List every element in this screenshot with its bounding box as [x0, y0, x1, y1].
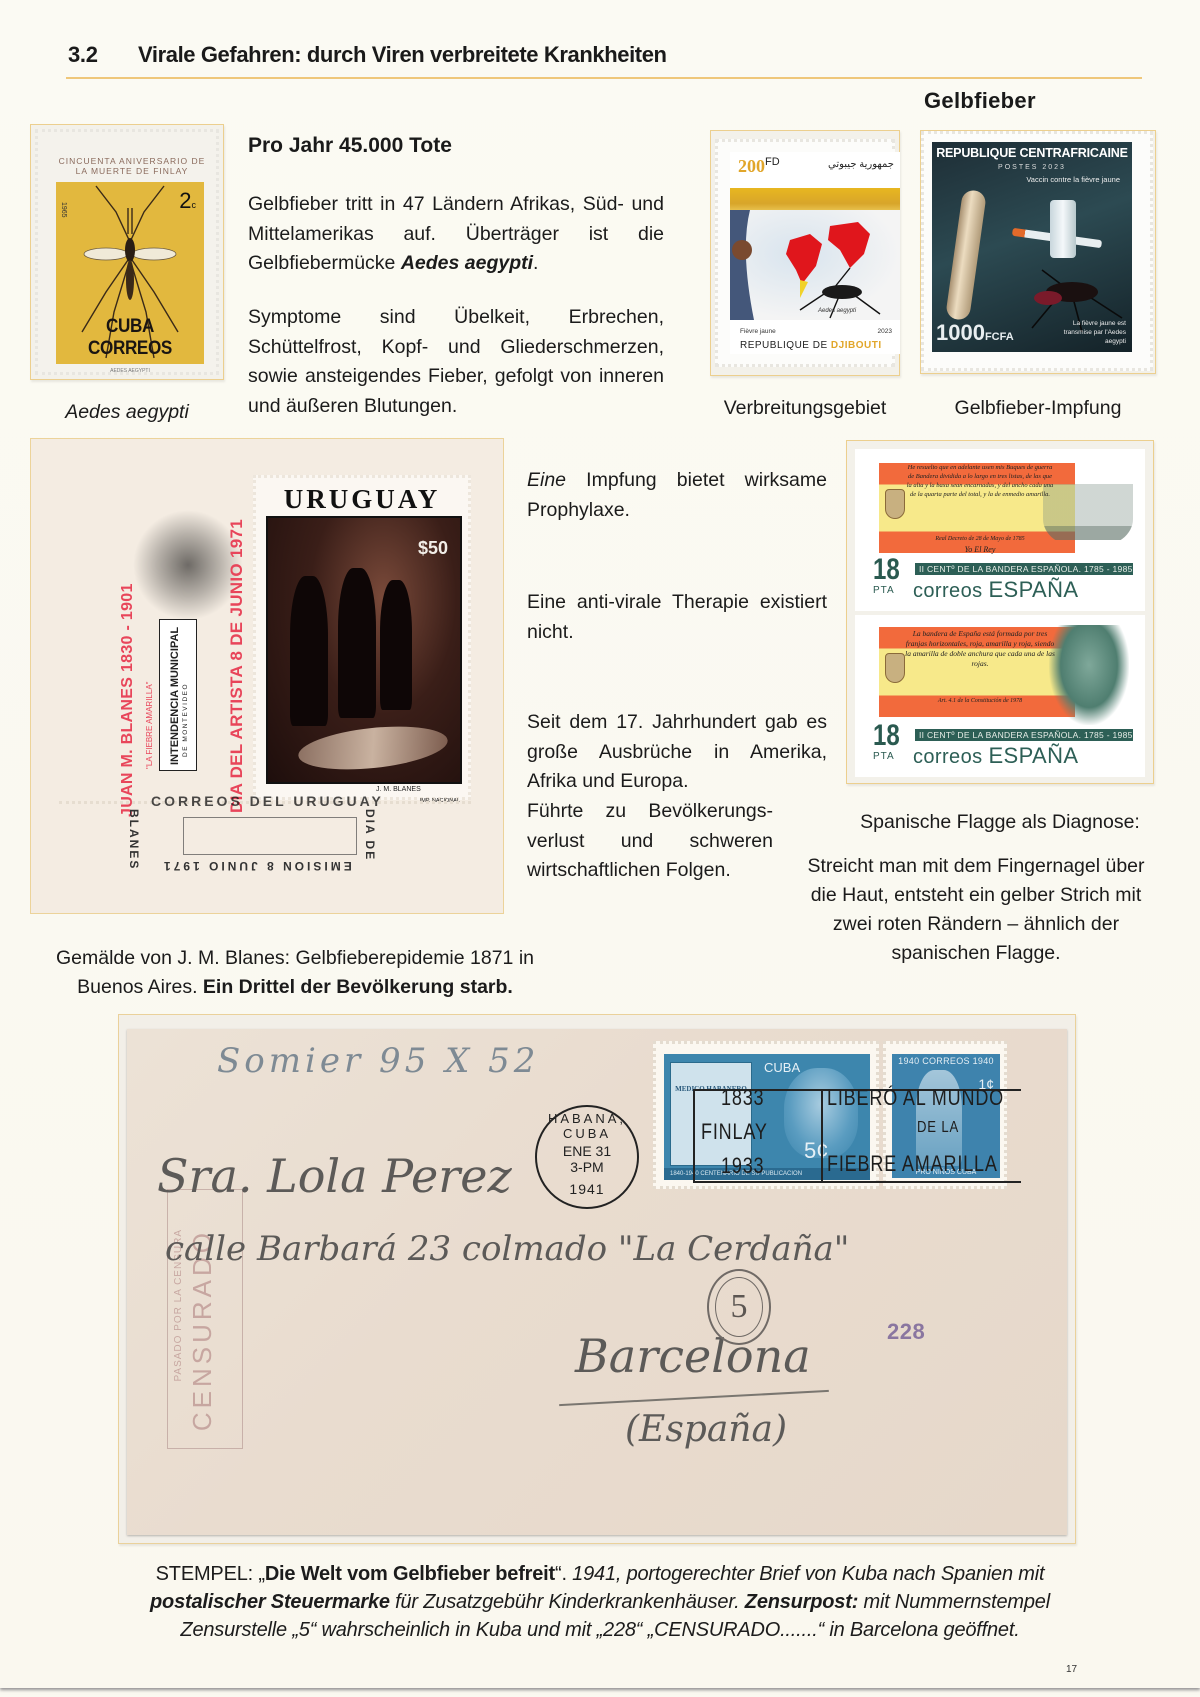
djibouti-stamp-image: 200FD جمهورية جيبوتي Aedes aegypti F — [730, 152, 900, 354]
slogan-de-la: DE LA — [917, 1119, 959, 1137]
postmark-side-right: DIA DE — [363, 809, 377, 871]
spain-top-correos: correos ESPAÑA — [913, 577, 1079, 603]
spain-bottom-article: Art. 4.1 de la Constitución de 1978 — [905, 697, 1055, 706]
uruguay-tab-intendencia: INTENDENCIA MUNICIPAL — [169, 625, 181, 765]
uruguay-tab-artist: JUAN M. BLANES 1830 - 1901 — [119, 557, 137, 817]
painting-figure — [296, 720, 449, 775]
history-text-1: Seit dem 17. Jahrhundert gab es große Au… — [527, 708, 827, 797]
exhibit-page: 3.2 Virale Gefahren: durch Viren verbrei… — [0, 0, 1200, 1688]
uruguay-tab-montevideo: DE MONTEVIDEO — [182, 637, 189, 757]
spain-caption-title: Spanische Flagge als Diagnose: — [800, 808, 1200, 837]
uruguay-stamp-value: $50 — [418, 538, 448, 559]
car-stamp[interactable]: REPUBLIQUE CENTRAFRICAINE POSTES 2023 Va… — [921, 131, 1153, 371]
censor-ring-stamp: 5 — [707, 1269, 771, 1345]
tax-stamp-top: 1940 CORREOS 1940 — [892, 1056, 1000, 1066]
spain-top-decree-text: He resuelto que en adelante usen mis Buq… — [905, 463, 1055, 499]
uruguay-caption: Gemälde von J. M. Blanes: Gelbfieberepid… — [30, 944, 560, 1002]
djibouti-stamp-mount: 200FD جمهورية جيبوتي Aedes aegypti F — [710, 130, 900, 376]
spain-bottom-correos: correos ESPAÑA — [913, 743, 1079, 769]
topic-title: Gelbfieber — [924, 88, 1036, 114]
header-rule — [66, 77, 1142, 79]
blanes-painting: $50 — [266, 516, 462, 784]
address-addressee: Sra. Lola Perez — [157, 1149, 512, 1203]
spain-top-signature: Yo El Rey — [905, 545, 1055, 554]
car-stamp-mount: REPUBLIQUE CENTRAFRICAINE POSTES 2023 Va… — [920, 130, 1156, 374]
djibouti-stamp-subject: Fièvre jaune — [740, 328, 776, 335]
cuba-stamp-top-text: CINCUENTA ANIVERSARIO DE LA MUERTE DE FI… — [52, 156, 212, 176]
spain-bottom-value: 18 — [873, 719, 900, 753]
history-text-2: Führte zu Bevölkerungs-verlust und schwe… — [527, 797, 773, 886]
spain-bottom-unit: PTA — [873, 751, 895, 762]
coat-of-arms-icon — [885, 489, 905, 519]
car-stamp-value: 1000FCFA — [936, 320, 1014, 346]
address-city: Barcelona — [575, 1329, 811, 1383]
habana-postmark: HABANA, CUBA ENE 313-PM 1941 — [535, 1105, 639, 1209]
spain-top-value: 18 — [873, 553, 900, 587]
section-title: Virale Gefahren: durch Viren verbreitete… — [138, 42, 667, 68]
djibouti-stamp[interactable]: 200FD جمهورية جيبوتي Aedes aegypti F — [715, 139, 895, 367]
intro-paragraph-2: Symptome sind Übelkeit, Erbrechen, Schüt… — [248, 303, 664, 421]
spain-stamp-top[interactable]: He resuelto que en adelante usen mis Buq… — [855, 449, 1145, 611]
envelope-mount: CENSURADO PASADO POR LA CENSURA Somier 9… — [118, 1014, 1076, 1544]
uruguay-souvenir-sheet[interactable]: JUAN M. BLANES 1830 - 1901 "LA FIEBRE AM… — [30, 438, 504, 914]
address-country: (España) — [625, 1409, 787, 1450]
intro-paragraph-1: Gelbfieber tritt in 47 Ländern Afrikas, … — [248, 190, 664, 279]
finlay-stamp-country: CUBA — [764, 1060, 776, 1076]
censor-number-stamp: 228 — [887, 1319, 925, 1345]
slogan-year-2: 1933 — [721, 1153, 764, 1179]
spain-stamps-mount: He resuelto que en adelante usen mis Buq… — [846, 440, 1154, 784]
species-name: Aedes aegypti — [401, 252, 533, 274]
cuba-stamp-subtext: AEDES AEGYPTI — [38, 368, 222, 374]
censored-cover-1941[interactable]: CENSURADO PASADO POR LA CENSURA Somier 9… — [127, 1029, 1067, 1535]
world-map-icon — [730, 210, 900, 320]
ship-icon — [1043, 477, 1133, 547]
spain-top-band: II CENTº DE LA BANDERA ESPAÑOLA. 1785 - … — [915, 563, 1133, 575]
spain-top-unit: PTA — [873, 585, 895, 596]
spain-bottom-constitution-text: La bandera de España está formada por tr… — [905, 629, 1055, 669]
spain-stamp-bottom[interactable]: La bandera de España está formada por tr… — [855, 615, 1145, 777]
postmark-building — [183, 817, 357, 855]
address-underline — [559, 1390, 829, 1406]
slogan-finlay: FINLAY — [701, 1119, 768, 1145]
djibouti-stamp-year: 2023 — [878, 328, 892, 335]
postmark-correos: CORREOS DEL URUGUAY — [151, 793, 384, 809]
coat-of-arms-icon — [885, 653, 905, 683]
lion-statue-icon — [1049, 625, 1129, 725]
uruguay-tab-painting: "LA FIEBRE AMARILLA" — [145, 589, 154, 769]
slogan-libero: LIBERÓ AL MUNDO — [827, 1085, 1004, 1111]
uruguay-stamp-artist: J. M. BLANES — [376, 786, 421, 793]
car-stamp-postes: POSTES 2023 — [932, 164, 1132, 171]
cuba-stamp-caption: Aedes aegypti — [30, 398, 224, 427]
envelope-caption: STEMPEL: „Die Welt vom Gelbfieber befrei… — [80, 1560, 1120, 1644]
djibouti-stamp-aedes: Aedes aegypti — [818, 308, 856, 315]
car-stamp-country: REPUBLIQUE CENTRAFRICAINE — [932, 146, 1132, 160]
car-stamp-image: REPUBLIQUE CENTRAFRICAINE POSTES 2023 Va… — [932, 142, 1132, 352]
cuba-stamp-country: CUBA CORREOS — [67, 316, 193, 360]
uruguay-stamp-country: URUGUAY — [264, 484, 460, 515]
therapy-text: Eine anti-virale Therapie existiert nich… — [527, 588, 827, 647]
cuba-stamp-mount: CINCUENTA ANIVERSARIO DE LA MUERTE DE FI… — [30, 124, 224, 380]
cuba-stamp-year: 1965 — [60, 202, 67, 218]
car-stamp-caption: Gelbfieber-Impfung — [920, 394, 1156, 423]
spain-bottom-band: II CENTº DE LA BANDERA ESPAÑOLA. 1785 - … — [915, 729, 1133, 741]
djibouti-stamp-value: 200FD — [738, 156, 780, 177]
address-street: calle Barbará 23 colmado "La Cerdaña" — [165, 1229, 849, 1269]
section-number: 3.2 — [68, 42, 98, 68]
car-stamp-subtitle: Vaccin contre la fièvre jaune — [932, 175, 1132, 184]
djibouti-stamp-caption: Verbreitungsgebiet — [690, 394, 920, 423]
vaccination-text: Eine Impfung bietet wirksame Prophylaxe. — [527, 466, 827, 525]
car-stamp-transmission: La fièvre jaune est transmise par l'Aede… — [1046, 319, 1126, 346]
djibouti-stamp-country: REPUBLIQUE DE DJIBOUTI — [740, 340, 882, 351]
cuba-stamp-image: 2c 1965 CUBA CORREOS — [56, 182, 204, 364]
postmark-side-left: BLANES — [127, 809, 141, 869]
page-number: 17 — [1066, 1664, 1077, 1675]
slogan-fiebre: FIEBRE AMARILLA — [827, 1151, 998, 1177]
postmark-emision: EMISION 8 JUNIO 1971 — [161, 859, 352, 873]
djibouti-stamp-arabic: جمهورية جيبوتي — [828, 159, 894, 170]
spain-caption-text: Streicht man mit dem Fingernagel über di… — [806, 852, 1146, 968]
cuba-stamp[interactable]: CINCUENTA ANIVERSARIO DE LA MUERTE DE FI… — [35, 129, 219, 375]
slogan-year-1: 1833 — [721, 1085, 764, 1111]
pencil-note: Somier 95 X 52 — [217, 1041, 539, 1081]
spain-top-decree-date: Real Decreto de 28 de Mayo de 1785 — [905, 535, 1055, 544]
intro-heading: Pro Jahr 45.000 Tote — [248, 134, 452, 158]
cuba-stamp-value: 2c — [179, 188, 196, 214]
uruguay-stamp[interactable]: URUGUAY $50 J. M. BLANES IMP. NACIONAL — [253, 475, 471, 800]
uruguay-tab-date: DIA DEL ARTISTA 8 DE JUNIO 1971 — [227, 551, 247, 813]
